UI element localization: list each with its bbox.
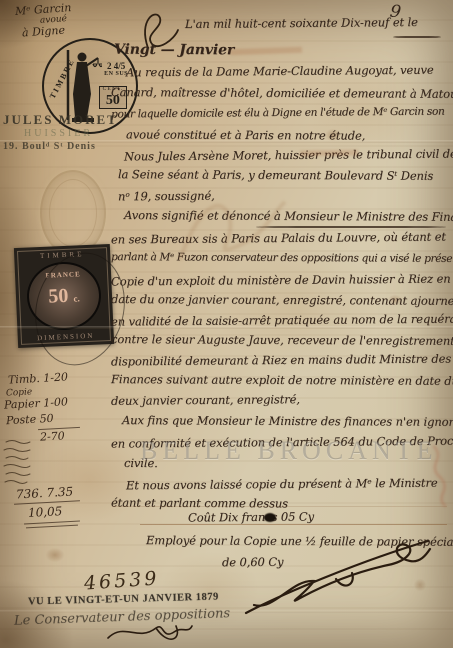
timbre-seal-surcharge: 2 4/5 EN SUS <box>104 62 128 78</box>
manuscript-line: Coût Dix francs 05 Cy <box>188 509 314 524</box>
huissier-signature <box>240 533 435 621</box>
cost-rule <box>26 525 78 529</box>
ink-blot <box>264 513 276 522</box>
manuscript-line: Canard, maîtresse d'hôtel, domiciliée et… <box>111 85 453 101</box>
bleedthrough-mark <box>300 149 358 156</box>
illegible-scribbles <box>2 438 50 490</box>
registry-number: 46539 <box>83 567 160 594</box>
paper-crease <box>0 326 453 329</box>
cost-subtotal: 10,05 <box>28 504 63 520</box>
annotation-attorney-city: à Digne <box>22 24 66 40</box>
ruled-line <box>140 524 447 525</box>
manuscript-line: pour laquelle domicile est élu à Digne e… <box>111 106 445 121</box>
watermark: BELLE BROCANTE <box>140 436 438 466</box>
cost-subtotal: 736. 7.35 <box>16 485 74 502</box>
manuscript-line: Aux fins que Monsieur le Ministre des fi… <box>122 413 453 429</box>
manuscript-line: contre le sieur Auguste Jauve, receveur … <box>111 332 453 348</box>
letterhead-title: HUISSIER <box>24 128 93 139</box>
manuscript-line: Nous Jules Arsène Moret, huissier près l… <box>124 147 453 164</box>
letterhead-name: JULES MORET <box>3 112 118 128</box>
cost-item: Poste 50 <box>6 412 54 427</box>
conservator-signature <box>104 620 196 646</box>
manuscript-line: L'an mil huit-cent soixante Dix-neuf et … <box>185 15 418 31</box>
cost-item: Papier 1-00 <box>4 395 69 411</box>
manuscript-line: Au requis de la Dame Marie-Claudine Augo… <box>126 63 434 80</box>
manuscript-line: étant et parlant comme dessus <box>111 496 288 511</box>
cost-item: Timb. 1-20 <box>8 370 69 386</box>
ink-underline <box>393 36 441 38</box>
manuscript-line: Et nous avons laissé copie du présent à … <box>126 476 438 493</box>
ruled-line <box>112 506 447 507</box>
manuscript-line: Vingt — Janvier <box>114 42 234 59</box>
manuscript-line: Finances suivant autre exploit de notre … <box>111 372 453 388</box>
document-page: Mᵉ Garcin avoué à Digne 9 TIMBRE 2 4/5 E… <box>0 0 453 648</box>
manuscript-line: disponibilité demeurant à Riez en mains … <box>111 352 451 369</box>
paper-crease <box>0 140 453 143</box>
embossed-seal <box>40 170 106 256</box>
manuscript-line: Copie d'un exploit du ministère de Davin… <box>111 272 451 289</box>
manuscript-line: la Seine séant à Paris, y demeurant Boul… <box>118 167 433 183</box>
bleedthrough-flourish <box>170 190 290 270</box>
bleedthrough-mark <box>230 47 302 56</box>
manuscript-line: deux janvier courant, enregistré, <box>111 392 300 408</box>
manuscript-line: date du onze janvier courant, enregistré… <box>111 292 453 308</box>
date-stamp: VU LE VINGT-ET-UN JANVIER 1879 <box>28 592 219 608</box>
